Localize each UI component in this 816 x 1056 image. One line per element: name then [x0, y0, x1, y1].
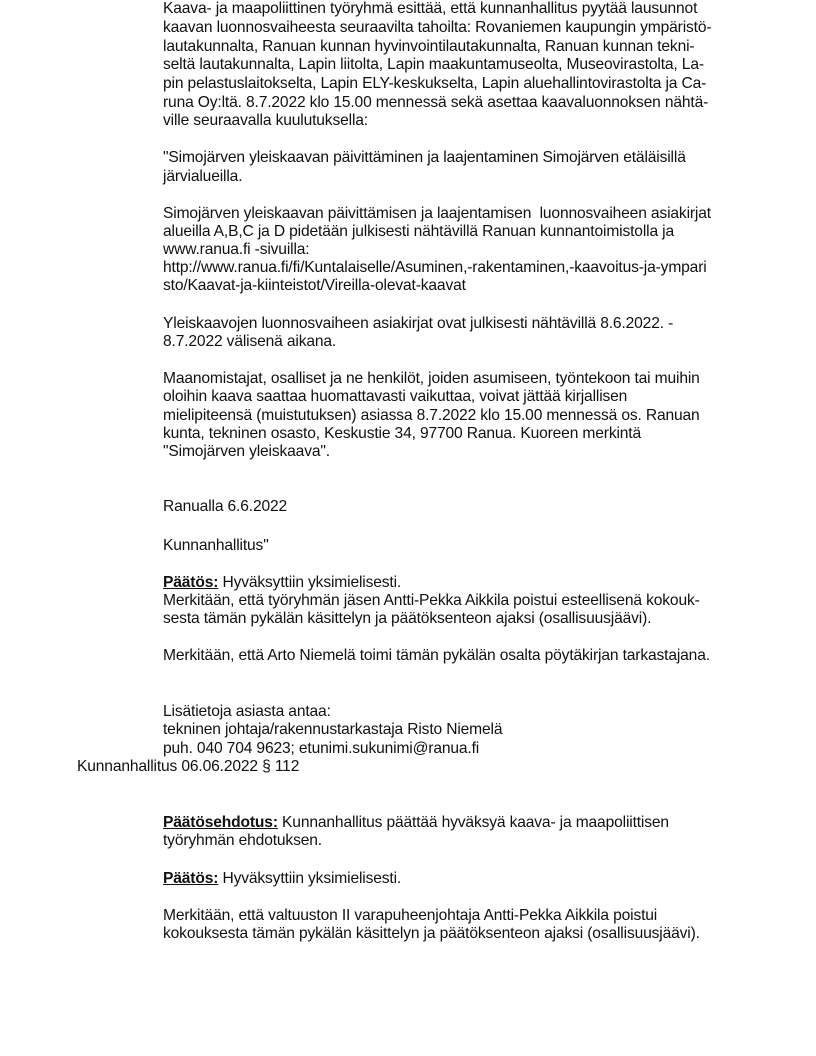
body-text-line: Maanomistajat, osalliset ja ne henkilöt,… [163, 369, 700, 388]
proposal-label: Päätösehdotus: [163, 814, 278, 831]
decision-text: Hyväksyttiin yksimielisesti. [218, 870, 401, 887]
decision-text: Hyväksyttiin yksimielisesti. [218, 574, 401, 591]
body-text-line: järvialueilla. [163, 167, 242, 186]
contact-name: tekninen johtaja/rakennustarkastaja Rist… [163, 720, 502, 739]
body-text-line: Yleiskaavojen luonnosvaiheen asiakirjat … [163, 314, 673, 333]
decision-label: Päätös: [163, 870, 218, 887]
body-text-line: kaavan luonnosvaiheesta seuraavilta taho… [163, 18, 711, 37]
decision-note-line: kokouksesta tämän pykälän käsittelyn ja … [163, 924, 700, 943]
body-text-line: ville seuraavalla kuulutuksella: [163, 111, 368, 130]
decision-note-line: Merkitään, että valtuuston II varapuheen… [163, 906, 657, 925]
body-text-line: oloihin kaava saattaa huomattavasti vaik… [163, 387, 627, 406]
url-text-line: sto/Kaavat-ja-kiinteistot/Vireilla-oleva… [163, 276, 466, 295]
decision-note-line: sesta tämän pykälän käsittelyn ja päätök… [163, 609, 651, 628]
body-text-line: Simojärven yleiskaavan päivittämisen ja … [163, 204, 711, 223]
proposal-text: Kunnanhallitus päättää hyväksyä kaava- j… [278, 814, 669, 831]
signature: Kunnanhallitus" [163, 536, 269, 555]
body-text-line: "Simojärven yleiskaavan päivittäminen ja… [163, 148, 686, 167]
body-text-line: 8.7.2022 välisenä aikana. [163, 332, 336, 351]
body-text-line: lautakunnalta, Ranuan kunnan hyvinvointi… [163, 37, 694, 56]
body-text-line: alueilla A,B,C ja D pidetään julkisesti … [163, 222, 674, 241]
proposal-line: Päätösehdotus: Kunnanhallitus päättää hy… [163, 813, 669, 832]
body-text-line: "Simojärven yleiskaava". [163, 442, 330, 461]
body-text-line: runa Oy:ltä. 8.7.2022 klo 15.00 mennessä… [163, 93, 708, 112]
body-text-line: mielipiteensä (muistutuksen) asiassa 8.7… [163, 406, 700, 425]
section-heading: Kunnanhallitus 06.06.2022 § 112 [77, 757, 299, 776]
reviewer-note: Merkitään, että Arto Niemelä toimi tämän… [163, 646, 710, 665]
contact-details: puh. 040 704 9623; etunimi.sukunimi@ranu… [163, 739, 479, 758]
contact-heading: Lisätietoja asiasta antaa: [163, 702, 331, 721]
place-date: Ranualla 6.6.2022 [163, 497, 287, 516]
decision-note-line: Merkitään, että työryhmän jäsen Antti-Pe… [163, 591, 700, 610]
decision-label: Päätös: [163, 574, 218, 591]
body-text-line: Kaava- ja maapoliittinen työryhmä esittä… [163, 0, 697, 18]
decision-line: Päätös: Hyväksyttiin yksimielisesti. [163, 573, 401, 592]
decision-line: Päätös: Hyväksyttiin yksimielisesti. [163, 869, 401, 888]
proposal-line-2: työryhmän ehdotuksen. [163, 831, 322, 850]
body-text-line: pin pelastuslaitokselta, Lapin ELY-kesku… [163, 74, 706, 93]
body-text-line: seltä lautakunnalta, Lapin liitolta, Lap… [163, 55, 704, 74]
url-text-line: http://www.ranua.fi/fi/Kuntalaiselle/Asu… [163, 258, 707, 277]
body-text-line: kunta, tekninen osasto, Keskustie 34, 97… [163, 424, 641, 443]
body-text-line: www.ranua.fi -sivuilla: [163, 240, 309, 259]
